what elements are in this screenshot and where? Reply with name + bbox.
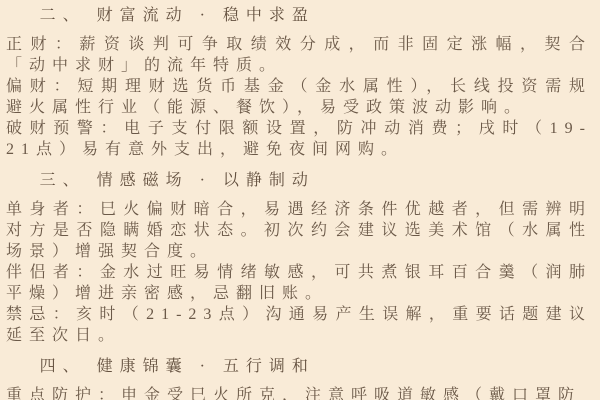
section-romance: 三、 情感磁场 · 以静制动 单身者：巳火偏财暗合，易遇经济条件优越者，但需辨明… — [6, 170, 592, 346]
section-wealth: 二、 财富流动 · 稳中求盈 正财：薪资谈判可争取绩效分成，而非固定涨幅，契合「… — [6, 5, 592, 160]
paragraph-single: 单身者：巳火偏财暗合，易遇经济条件优越者，但需辨明对方是否隐瞒婚恋状态。初次约会… — [6, 199, 592, 262]
paragraph-piancai: 偏财：短期理财选货币基金（金水属性），长线投资需规避火属性行业（能源、餐饮），易… — [6, 76, 592, 118]
paragraph-taboo: 禁忌：亥时（21-23点）沟通易产生误解，重要话题建议延至次日。 — [6, 304, 592, 346]
section-romance-heading: 三、 情感磁场 · 以静制动 — [6, 170, 592, 191]
section-health-heading: 四、 健康锦囊 · 五行调和 — [6, 356, 592, 377]
paragraph-partnered: 伴侣者：金水过旺易情绪敏感，可共煮银耳百合羹（润肺平燥）增进亲密感，忌翻旧账。 — [6, 262, 592, 304]
section-health: 四、 健康锦囊 · 五行调和 重点防护：申金受巳火所克，注意呼吸道敏感（戴口罩防 — [6, 356, 592, 400]
paragraph-zhengcai: 正财：薪资谈判可争取绩效分成，而非固定涨幅，契合「动中求财」的流年特质。 — [6, 34, 592, 76]
paragraph-pocai-warning: 破财预警：电子支付限额设置，防冲动消费；戌时（19-21点）易有意外支出，避免夜… — [6, 118, 592, 160]
document-page: 二、 财富流动 · 稳中求盈 正财：薪资谈判可争取绩效分成，而非固定涨幅，契合「… — [0, 0, 600, 400]
section-wealth-heading: 二、 财富流动 · 稳中求盈 — [6, 5, 592, 26]
paragraph-health-protection: 重点防护：申金受巳火所克，注意呼吸道敏感（戴口罩防 — [6, 385, 592, 400]
